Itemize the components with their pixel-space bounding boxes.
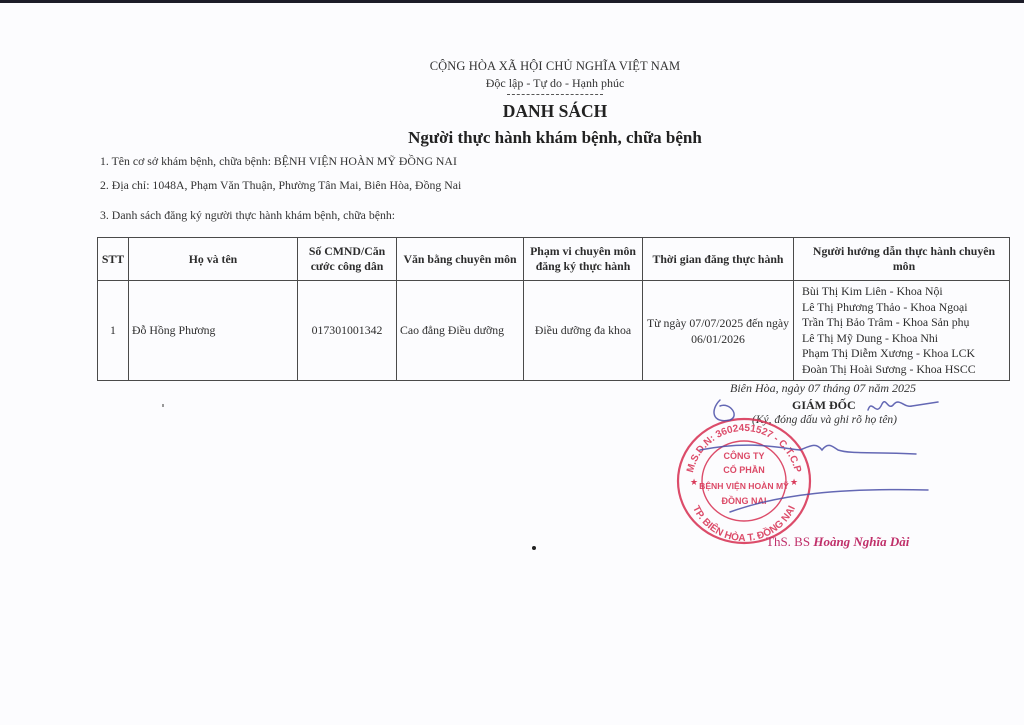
motto-underline [507,94,603,95]
signer-name: Hoàng Nghĩa Dài [813,534,909,549]
svg-text:★: ★ [790,477,798,487]
cell-id-number: 017301001342 [298,281,397,381]
col-mentors: Người hướng dẫn thực hành chuyên môn [794,238,1010,281]
cell-stt: 1 [98,281,129,381]
facility-address: 2. Địa chỉ: 1048A, Phạm Văn Thuận, Phườn… [100,178,461,193]
cell-mentors: Bùi Thị Kim Liên - Khoa Nội Lê Thị Phươn… [794,281,1010,381]
scan-speck [532,546,536,550]
mentor-item: Lê Thị Phương Thảo - Khoa Ngoại [802,300,1006,316]
stamp-line: ĐỒNG NAI [722,495,767,506]
nation-heading: CỘNG HÒA XÃ HỘI CHỦ NGHĨA VIỆT NAM [380,59,730,74]
stamp-line: CỔ PHẦN [723,464,765,475]
mentor-item: Bùi Thị Kim Liên - Khoa Nội [802,284,1006,300]
signer-title: ThS. BS [766,534,813,549]
table-row: 1 Đỗ Hồng Phương 017301001342 Cao đẳng Đ… [98,281,1010,381]
scan-speck [162,404,164,407]
stamp-line: BỆNH VIỆN HOÀN MỸ [699,480,789,491]
table-header-row: STT Họ và tên Số CMND/Căn cước công dân … [98,238,1010,281]
col-id-number: Số CMND/Căn cước công dân [298,238,397,281]
svg-text:★: ★ [690,477,698,487]
mentor-item: Phạm Thị Diễm Xương - Khoa LCK [802,346,1006,362]
cell-name: Đỗ Hồng Phương [129,281,298,381]
motto: Độc lập - Tự do - Hạnh phúc [380,76,730,91]
signer-name-block: ThS. BS Hoàng Nghĩa Dài [766,534,909,550]
col-name: Họ và tên [129,238,298,281]
cell-degree: Cao đẳng Điều dưỡng [397,281,524,381]
document-subtitle: Người thực hành khám bệnh, chữa bệnh [330,128,780,148]
cell-period: Từ ngày 07/07/2025 đến ngày 06/01/2026 [643,281,794,381]
col-period: Thời gian đăng thực hành [643,238,794,281]
document-title: DANH SÁCH [380,101,730,122]
company-stamp-icon: M.S.D.N: 3602451527 - C.T.C.P TP. BIÊN H… [674,415,814,545]
col-degree: Văn bằng chuyên môn [397,238,524,281]
cell-scope: Điều dưỡng đa khoa [524,281,643,381]
place-date: Biên Hòa, ngày 07 tháng 07 năm 2025 [730,381,916,396]
stamp-line: CÔNG TY [723,450,764,461]
practitioner-table: STT Họ và tên Số CMND/Căn cước công dân … [97,237,1010,381]
list-label: 3. Danh sách đăng ký người thực hành khá… [100,208,395,223]
signer-position: GIÁM ĐỐC [792,398,856,413]
mentor-item: Lê Thị Mỹ Dung - Khoa Nhi [802,331,1006,347]
facility-name: 1. Tên cơ sở khám bệnh, chữa bệnh: BỆNH … [100,154,457,169]
col-scope: Phạm vi chuyên môn đăng ký thực hành [524,238,643,281]
mentor-item: Đoàn Thị Hoài Sương - Khoa HSCC [802,362,1006,378]
mentor-item: Trần Thị Bảo Trâm - Khoa Sản phụ [802,315,1006,331]
col-stt: STT [98,238,129,281]
scan-top-edge [0,0,1024,3]
